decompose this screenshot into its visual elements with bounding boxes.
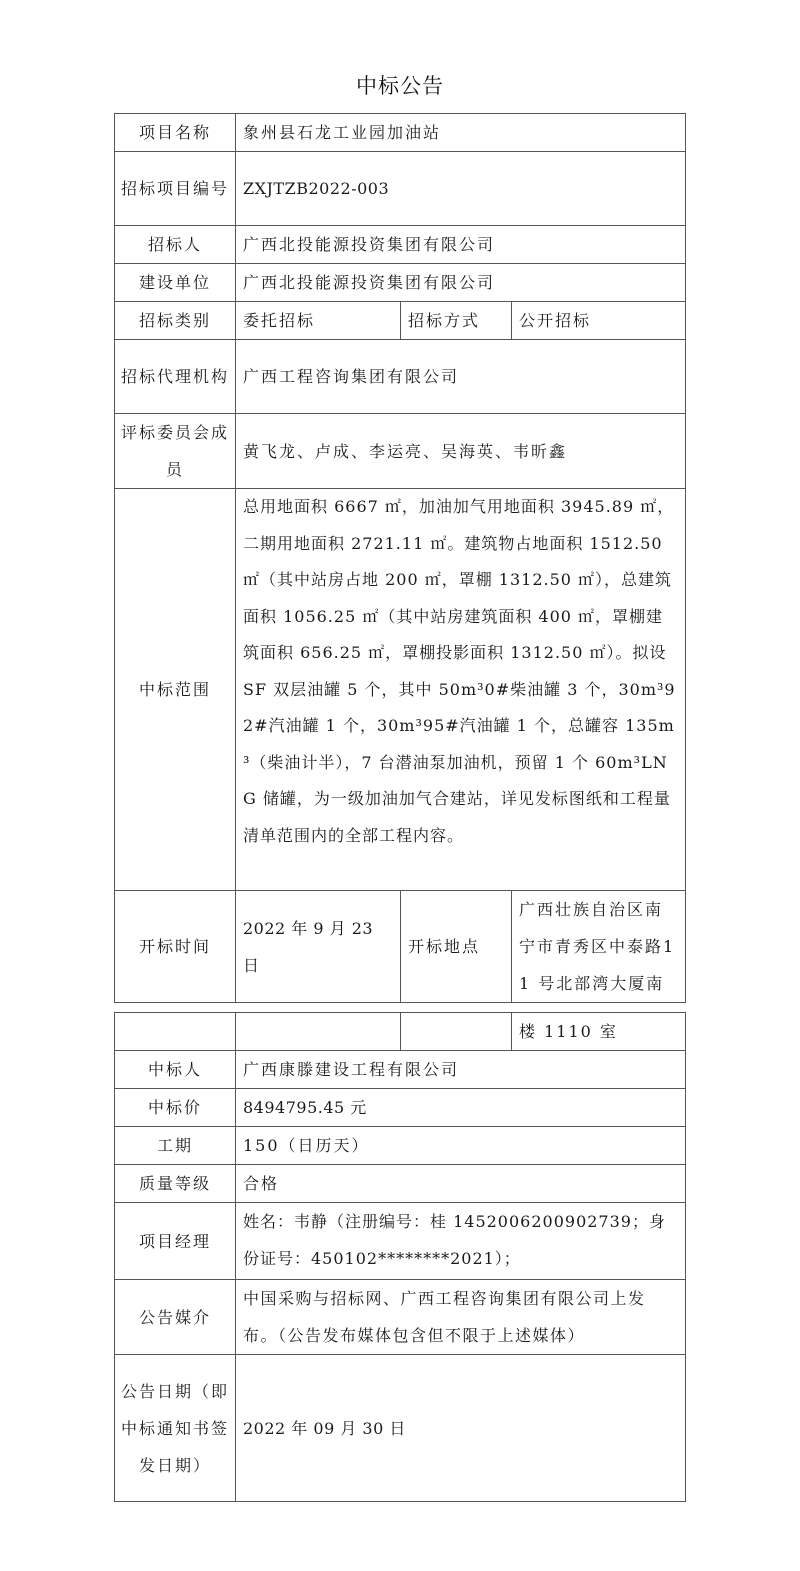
value-tenderer: 广西北投能源投资集团有限公司 [236, 226, 686, 264]
award-table-part2: 楼 1110 室 中标人 广西康滕建设工程有限公司 中标价 8494795.45… [114, 1012, 686, 1502]
label-duration: 工期 [115, 1127, 236, 1165]
empty-cell [401, 1013, 512, 1051]
label-committee: 评标委员会成员 [115, 414, 236, 489]
page-title: 中标公告 [0, 70, 800, 100]
empty-cell [115, 1013, 236, 1051]
label-media: 公告媒介 [115, 1280, 236, 1355]
label-opening-time: 开标时间 [115, 891, 236, 1003]
label-scope: 中标范围 [115, 489, 236, 891]
row-price: 中标价 8494795.45 元 [115, 1089, 686, 1127]
value-opening-place-continued: 楼 1110 室 [512, 1013, 686, 1051]
row-category: 招标类别 委托招标 招标方式 公开招标 [115, 302, 686, 340]
value-opening-place: 广西壮族自治区南宁市青秀区中泰路11 号北部湾大厦南 [512, 891, 686, 1003]
label-project-no: 招标项目编号 [115, 152, 236, 226]
label-tenderer: 招标人 [115, 226, 236, 264]
row-agency: 招标代理机构 广西工程咨询集团有限公司 [115, 340, 686, 414]
value-quality: 合格 [236, 1165, 686, 1203]
value-category: 委托招标 [236, 302, 401, 340]
row-date: 公告日期（即中标通知书签发日期） 2022 年 09 月 30 日 [115, 1355, 686, 1502]
row-scope: 中标范围 总用地面积 6667 ㎡，加油加气用地面积 3945.89 ㎡，二期用… [115, 489, 686, 891]
value-duration: 150（日历天） [236, 1127, 686, 1165]
row-media: 公告媒介 中国采购与招标网、广西工程咨询集团有限公司上发布。（公告发布媒体包含但… [115, 1280, 686, 1355]
label-category: 招标类别 [115, 302, 236, 340]
value-project-no: ZXJTZB2022-003 [236, 152, 686, 226]
empty-cell [236, 1013, 401, 1051]
value-media: 中国采购与招标网、广西工程咨询集团有限公司上发布。（公告发布媒体包含但不限于上述… [236, 1280, 686, 1355]
value-manager: 姓名：韦静（注册编号：桂 1452006200902739；身份证号：45010… [236, 1203, 686, 1280]
row-duration: 工期 150（日历天） [115, 1127, 686, 1165]
value-method: 公开招标 [512, 302, 686, 340]
row-committee: 评标委员会成员 黄飞龙、卢成、李运亮、吴海英、韦昕鑫 [115, 414, 686, 489]
row-opening: 开标时间 2022 年 9 月 23 日 开标地点 广西壮族自治区南宁市青秀区中… [115, 891, 686, 1003]
value-date: 2022 年 09 月 30 日 [236, 1355, 686, 1502]
row-project-no: 招标项目编号 ZXJTZB2022-003 [115, 152, 686, 226]
label-opening-place: 开标地点 [401, 891, 512, 1003]
value-scope: 总用地面积 6667 ㎡，加油加气用地面积 3945.89 ㎡，二期用地面积 2… [236, 489, 686, 891]
row-tenderer: 招标人 广西北投能源投资集团有限公司 [115, 226, 686, 264]
label-manager: 项目经理 [115, 1203, 236, 1280]
value-committee: 黄飞龙、卢成、李运亮、吴海英、韦昕鑫 [236, 414, 686, 489]
label-quality: 质量等级 [115, 1165, 236, 1203]
label-builder: 建设单位 [115, 264, 236, 302]
row-manager: 项目经理 姓名：韦静（注册编号：桂 1452006200902739；身份证号：… [115, 1203, 686, 1280]
row-place-continued: 楼 1110 室 [115, 1013, 686, 1051]
label-agency: 招标代理机构 [115, 340, 236, 414]
label-date: 公告日期（即中标通知书签发日期） [115, 1355, 236, 1502]
value-price: 8494795.45 元 [236, 1089, 686, 1127]
value-builder: 广西北投能源投资集团有限公司 [236, 264, 686, 302]
value-agency: 广西工程咨询集团有限公司 [236, 340, 686, 414]
row-project-name: 项目名称 象州县石龙工业园加油站 [115, 114, 686, 152]
row-builder: 建设单位 广西北投能源投资集团有限公司 [115, 264, 686, 302]
award-table-part1: 项目名称 象州县石龙工业园加油站 招标项目编号 ZXJTZB2022-003 招… [114, 113, 686, 1003]
value-project-name: 象州县石龙工业园加油站 [236, 114, 686, 152]
row-quality: 质量等级 合格 [115, 1165, 686, 1203]
row-winner: 中标人 广西康滕建设工程有限公司 [115, 1051, 686, 1089]
label-method: 招标方式 [401, 302, 512, 340]
label-project-name: 项目名称 [115, 114, 236, 152]
label-price: 中标价 [115, 1089, 236, 1127]
value-winner: 广西康滕建设工程有限公司 [236, 1051, 686, 1089]
label-winner: 中标人 [115, 1051, 236, 1089]
value-opening-time: 2022 年 9 月 23 日 [236, 891, 401, 1003]
